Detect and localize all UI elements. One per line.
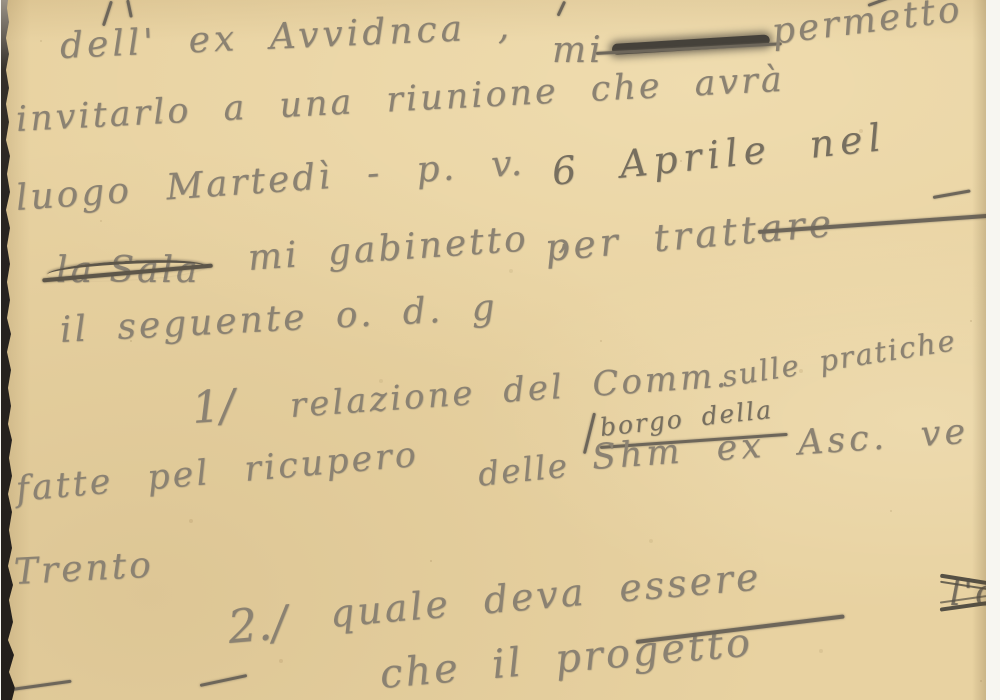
ms-item1-delle: delle	[476, 446, 571, 494]
ms-item1-pratiche: sulle pratiche	[719, 323, 959, 394]
cutoff-stroke	[557, 1, 566, 17]
ms-item1-ricupero: fatte pel ricupero	[14, 435, 420, 510]
ms-line1-opening: dell' ex Avvidnca ,	[59, 6, 514, 67]
ms-item1-trento: Trento	[13, 545, 155, 593]
paper-right-edge-shadow	[972, 0, 986, 700]
ms-item2-number: 2./	[226, 595, 290, 654]
ms-item1-number: 1/	[190, 380, 236, 434]
ms-line4-per-trattare: per trattare	[543, 201, 837, 270]
ms-line3-date-right: 6 Aprile nel	[550, 115, 889, 194]
ms-line4-struck-la-sala: la Sala	[56, 250, 201, 291]
cutoff-stroke	[200, 674, 248, 687]
paper-texture	[40, 40, 42, 42]
ms-line1-mi: mi	[552, 30, 604, 71]
ms-line1-permetto: permetto	[770, 0, 965, 53]
dash-stroke	[933, 189, 971, 199]
cutoff-stroke	[102, 1, 113, 27]
cutoff-stroke	[126, 0, 133, 18]
paper-sheet: dell' ex Avvidnca , mi permetto invitarl…	[0, 0, 1000, 700]
ms-line2-invitation: invitarlo a una riunione che avrà	[15, 60, 786, 140]
scanned-manuscript-page: dell' ex Avvidnca , mi permetto invitarl…	[0, 0, 1000, 700]
cutoff-stroke	[12, 680, 72, 691]
ms-line5-seguente-odg: il seguente o. d. g	[59, 287, 499, 351]
ms-line3-date-left: luogo Martedì - p. v.	[15, 142, 527, 218]
ms-line4-gabinetto: mi gabinetto ,	[247, 215, 573, 279]
